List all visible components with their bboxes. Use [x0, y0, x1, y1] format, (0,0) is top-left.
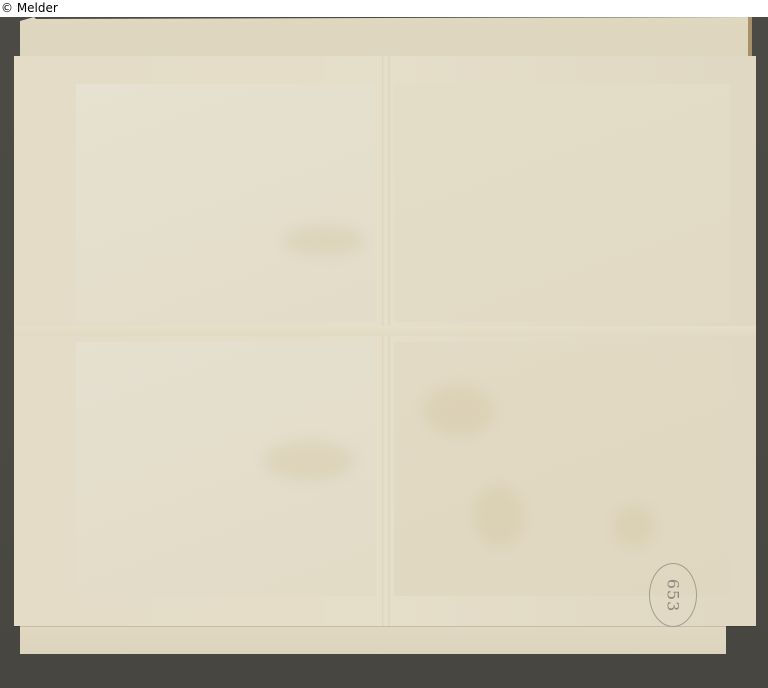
copyright-caption: © Melder — [0, 0, 768, 17]
paper-sheet — [14, 56, 756, 626]
paper-stain — [264, 441, 354, 481]
sheet-quadrant-bottom-right — [394, 342, 730, 596]
paper-stain — [284, 226, 364, 256]
inventory-number: 653 — [663, 578, 682, 612]
inventory-number-oval: 653 — [649, 563, 697, 627]
paper-stain — [614, 506, 654, 546]
sheet-quadrant-top-right — [394, 84, 730, 322]
horizontal-fold-line — [14, 326, 756, 336]
paper-stain — [424, 386, 494, 436]
sheet-quadrant-top-left — [76, 84, 376, 322]
paper-stain — [474, 486, 524, 546]
vertical-fold-line — [382, 56, 390, 626]
pencil-inscription — [573, 643, 619, 651]
